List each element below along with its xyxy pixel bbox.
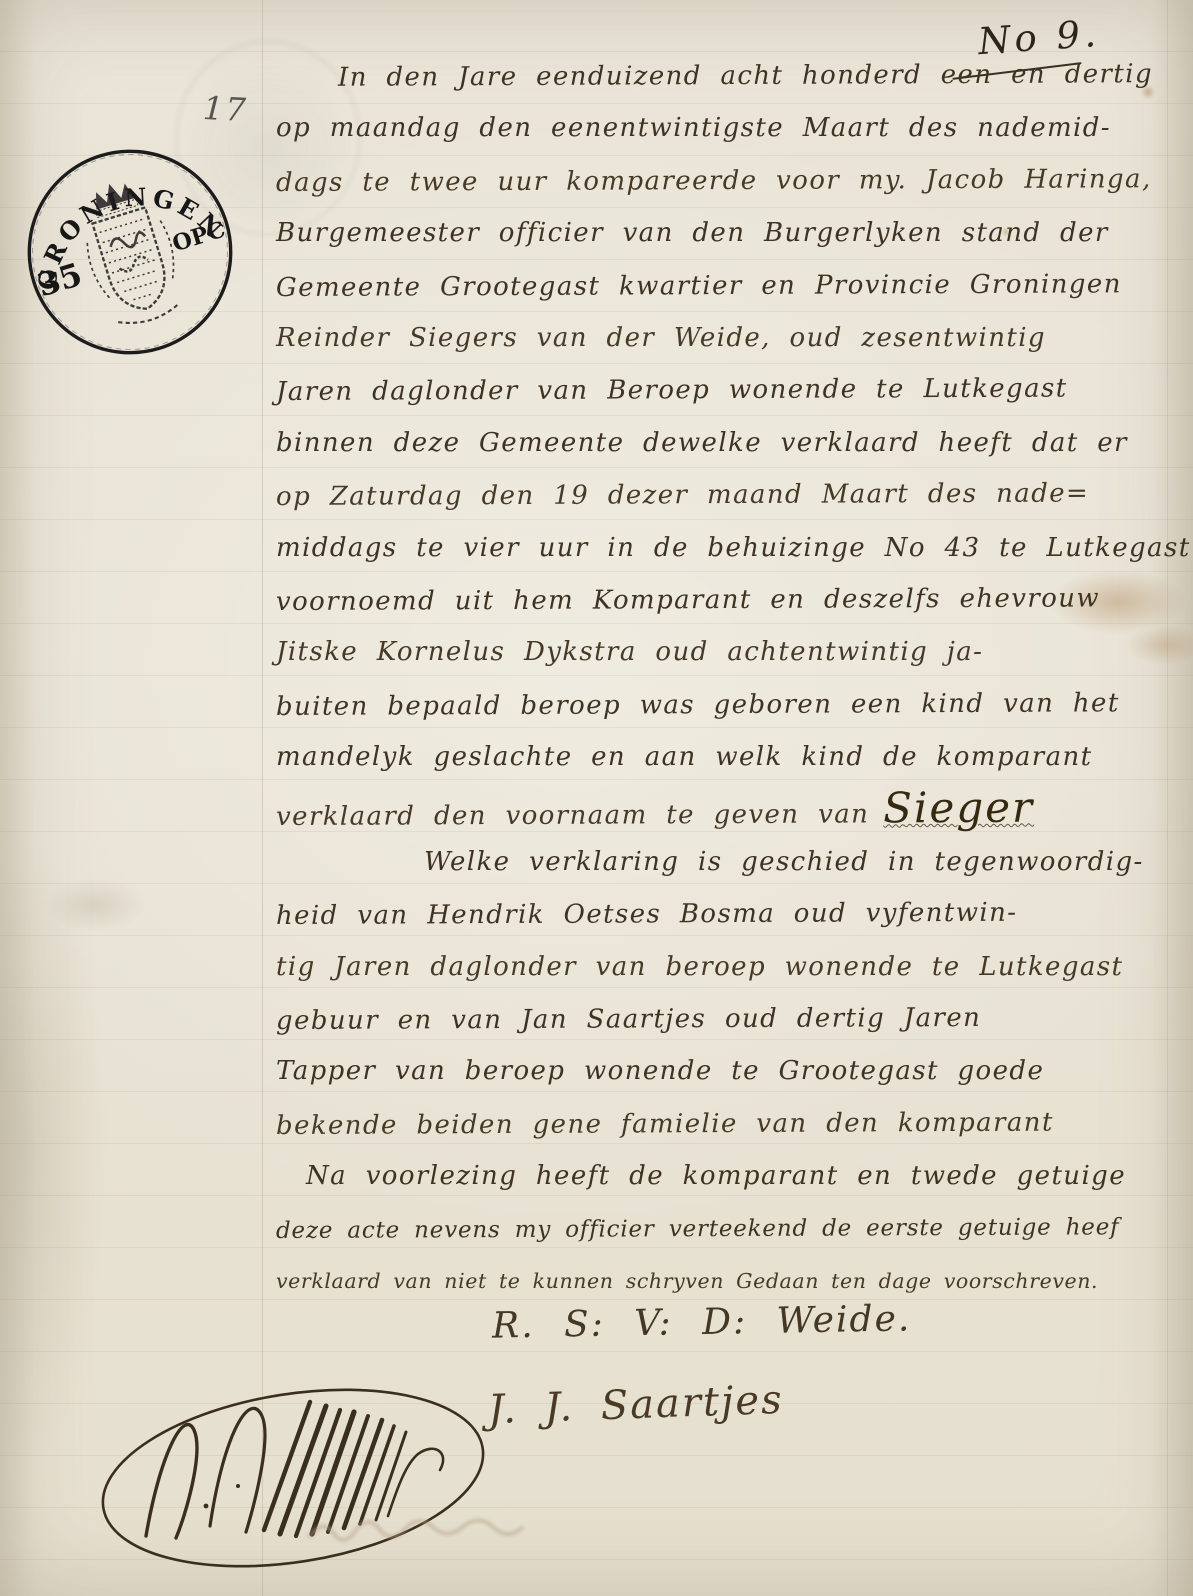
manuscript-line: Tapper van beroep wonende te Grootegast … — [276, 1045, 1188, 1097]
signature-saartjes: J. J. Saartjes — [487, 1377, 784, 1433]
manuscript-line: heid van Hendrik Oetses Bosma oud vyfent… — [276, 886, 1188, 942]
manuscript-line: mandelyk geslachte en aan welk kind de k… — [276, 731, 1188, 783]
pencil-annotation: 17 — [202, 89, 249, 129]
manuscript-line: dags te twee uur kompareerde voor my. Ja… — [276, 153, 1188, 209]
manuscript-line: middags te vier uur in de behuizinge No … — [276, 522, 1188, 574]
manuscript-line: Jitske Kornelus Dykstra oud achtentwinti… — [276, 626, 1188, 678]
manuscript-line: tig Jaren daglonder van beroep wonende t… — [276, 941, 1188, 993]
manuscript-line: bekende beiden gene famielie van den kom… — [276, 1096, 1188, 1152]
manuscript-line: Na voorlezing heeft de komparant en twed… — [276, 1150, 1188, 1202]
manuscript-line: gebuur en van Jan Saartjes oud dertig Ja… — [276, 991, 1188, 1047]
manuscript-line: buiten bepaald beroep was geboren een ki… — [276, 677, 1188, 733]
manuscript-line: Gemeente Grootegast kwartier en Provinci… — [276, 258, 1188, 314]
stamp-left-value: 35 — [33, 256, 86, 304]
manuscript-line: Reinder Siegers van der Weide, oud zesen… — [276, 312, 1188, 364]
manuscript-body: In den Jare eenduizend acht honderd een … — [276, 50, 1188, 1307]
manuscript-line: deze acte nevens my officier verteekend … — [276, 1201, 1188, 1257]
manuscript-line-given-name: verklaard den voornaam te geven vanSiege… — [276, 781, 1188, 837]
manuscript-line: verklaard van niet te kunnen schryven Ge… — [276, 1255, 1188, 1307]
manuscript-line: Jaren daglonder van Beroep wonende te Lu… — [276, 362, 1188, 418]
manuscript-line: op Zaturdag den 19 dezer maand Maart des… — [276, 467, 1188, 523]
scanned-birth-record-page: No 9. 17 GRONINGEN 35 OPC — [0, 0, 1193, 1596]
manuscript-line: Burgemeester officier van den Burgerlyke… — [276, 207, 1188, 259]
verso-ink-bleedthrough — [300, 1498, 560, 1558]
manuscript-line: voornoemd uit hem Komparant en deszelfs … — [276, 572, 1188, 628]
stamp-right-value: OPC — [169, 217, 228, 258]
line-prefix: verklaard den voornaam te geven van — [276, 800, 869, 833]
child-given-name: Sieger — [883, 783, 1034, 833]
signature-van-der-weide: R. S: V: D: Weide. — [492, 1298, 912, 1346]
manuscript-line: In den Jare eenduizend acht honderd een … — [276, 48, 1188, 104]
manuscript-line: binnen deze Gemeente dewelke verklaard h… — [276, 417, 1188, 469]
manuscript-line: Welke verklaring is geschied in tegenwoo… — [276, 836, 1188, 888]
manuscript-line: op maandag den eenentwintigste Maart des… — [276, 102, 1188, 154]
